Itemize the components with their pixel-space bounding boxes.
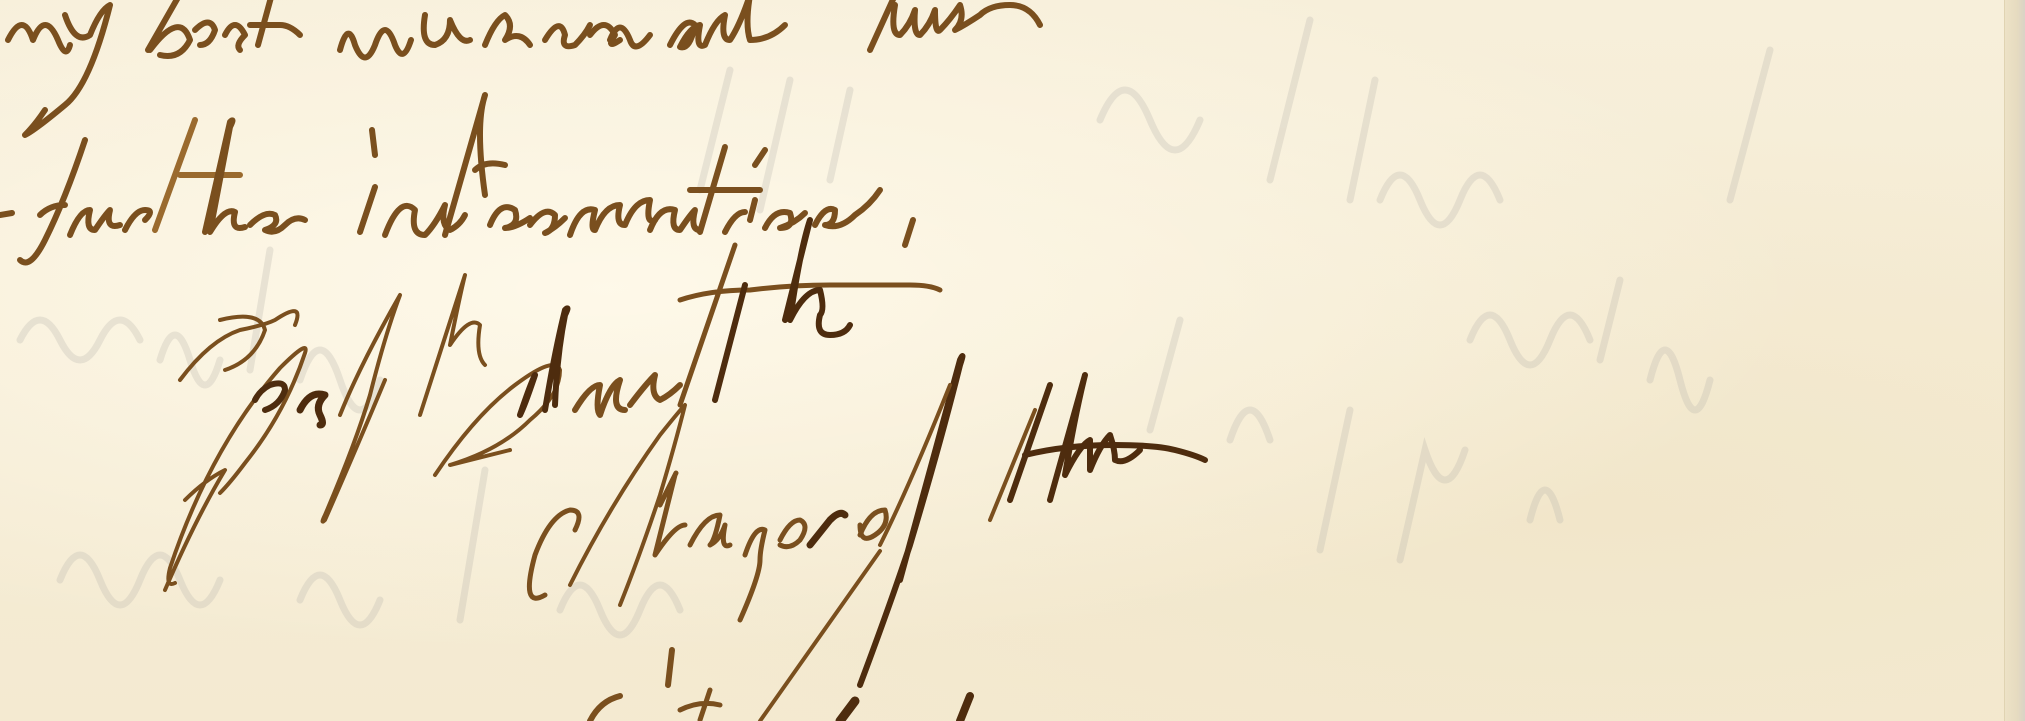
line-5-strokes — [590, 551, 970, 721]
handwriting-strokes — [0, 0, 2025, 721]
line-1-strokes — [8, 0, 1040, 135]
manuscript-page: my best wishes and trust further informa… — [0, 0, 2025, 721]
signature-strokes — [165, 220, 940, 590]
line-2-strokes — [0, 95, 913, 263]
paper-edge — [2004, 0, 2025, 721]
